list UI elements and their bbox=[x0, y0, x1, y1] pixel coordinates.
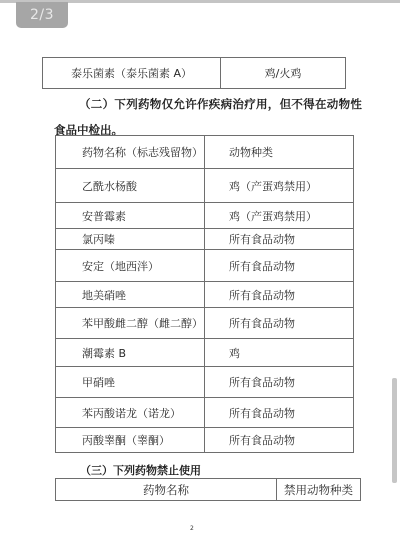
drug-name-cell: 丙酸睾酮（睾酮） bbox=[56, 428, 205, 453]
drug-name-cell: 苯丙酸诺龙（诺龙） bbox=[56, 398, 205, 428]
drug-name-cell: 甲硝唑 bbox=[56, 367, 205, 398]
table-row: 苯丙酸诺龙（诺龙） 所有食品动物 bbox=[56, 398, 354, 428]
page-indicator-badge: 2/3 bbox=[16, 2, 68, 28]
column-header-animal-species: 动物种类 bbox=[205, 136, 354, 169]
page-number: 2 bbox=[190, 525, 194, 532]
section-3-heading: （三）下列药物禁止使用 bbox=[80, 462, 201, 478]
drug-name-cell: 苯甲酸雌二醇（雌二醇） bbox=[56, 308, 205, 339]
table-row: 潮霉素 B 鸡 bbox=[56, 339, 354, 367]
drug-name-cell: 乙酰水杨酸 bbox=[56, 169, 205, 203]
table-header-row: 药物名称（标志残留物） 动物种类 bbox=[56, 136, 354, 169]
continued-drug-table: 泰乐菌素（泰乐菌素 A） 鸡/火鸡 bbox=[42, 57, 346, 89]
table-row: 泰乐菌素（泰乐菌素 A） 鸡/火鸡 bbox=[43, 58, 346, 89]
table-row: 安普霉素 鸡（产蛋鸡禁用） bbox=[56, 203, 354, 229]
section-2-heading: （二）下列药物仅允许作疾病治疗用，但不得在动物性 bbox=[79, 96, 362, 112]
animal-species-cell: 鸡（产蛋鸡禁用） bbox=[205, 203, 354, 229]
animal-species-cell: 所有食品动物 bbox=[205, 398, 354, 428]
drug-name-cell: 泰乐菌素（泰乐菌素 A） bbox=[43, 58, 221, 89]
animal-species-cell: 所有食品动物 bbox=[205, 428, 354, 453]
table-row: 甲硝唑 所有食品动物 bbox=[56, 367, 354, 398]
animal-species-cell: 所有食品动物 bbox=[205, 367, 354, 398]
table-header-row: 药物名称 禁用动物种类 bbox=[56, 479, 361, 501]
table-row: 乙酰水杨酸 鸡（产蛋鸡禁用） bbox=[56, 169, 354, 203]
vertical-scrollbar[interactable] bbox=[392, 378, 397, 483]
table-row: 地美硝唑 所有食品动物 bbox=[56, 282, 354, 308]
animal-species-cell: 鸡 bbox=[205, 339, 354, 367]
drug-name-cell: 潮霉素 B bbox=[56, 339, 205, 367]
drug-name-cell: 氯丙嗪 bbox=[56, 229, 205, 250]
animal-species-cell: 所有食品动物 bbox=[205, 250, 354, 282]
drug-name-cell: 地美硝唑 bbox=[56, 282, 205, 308]
table-row: 氯丙嗪 所有食品动物 bbox=[56, 229, 354, 250]
table-row: 丙酸睾酮（睾酮） 所有食品动物 bbox=[56, 428, 354, 453]
animal-species-cell: 所有食品动物 bbox=[205, 308, 354, 339]
animal-species-cell: 所有食品动物 bbox=[205, 229, 354, 250]
column-header-drug-name: 药物名称（标志残留物） bbox=[56, 136, 205, 169]
animal-species-cell: 鸡/火鸡 bbox=[221, 58, 346, 89]
animal-species-cell: 所有食品动物 bbox=[205, 282, 354, 308]
treatment-only-drug-table: 药物名称（标志残留物） 动物种类 乙酰水杨酸 鸡（产蛋鸡禁用） 安普霉素 鸡（产… bbox=[55, 135, 354, 453]
animal-species-cell: 鸡（产蛋鸡禁用） bbox=[205, 169, 354, 203]
column-header-prohibited-species: 禁用动物种类 bbox=[277, 479, 361, 501]
table-row: 苯甲酸雌二醇（雌二醇） 所有食品动物 bbox=[56, 308, 354, 339]
drug-name-cell: 安普霉素 bbox=[56, 203, 205, 229]
drug-name-cell: 安定（地西泮） bbox=[56, 250, 205, 282]
table-row: 安定（地西泮） 所有食品动物 bbox=[56, 250, 354, 282]
prohibited-drug-table: 药物名称 禁用动物种类 bbox=[55, 478, 361, 501]
column-header-drug-name: 药物名称 bbox=[56, 479, 277, 501]
document-page: 2/3 泰乐菌素（泰乐菌素 A） 鸡/火鸡 （二）下列药物仅允许作疾病治疗用，但… bbox=[0, 0, 400, 553]
